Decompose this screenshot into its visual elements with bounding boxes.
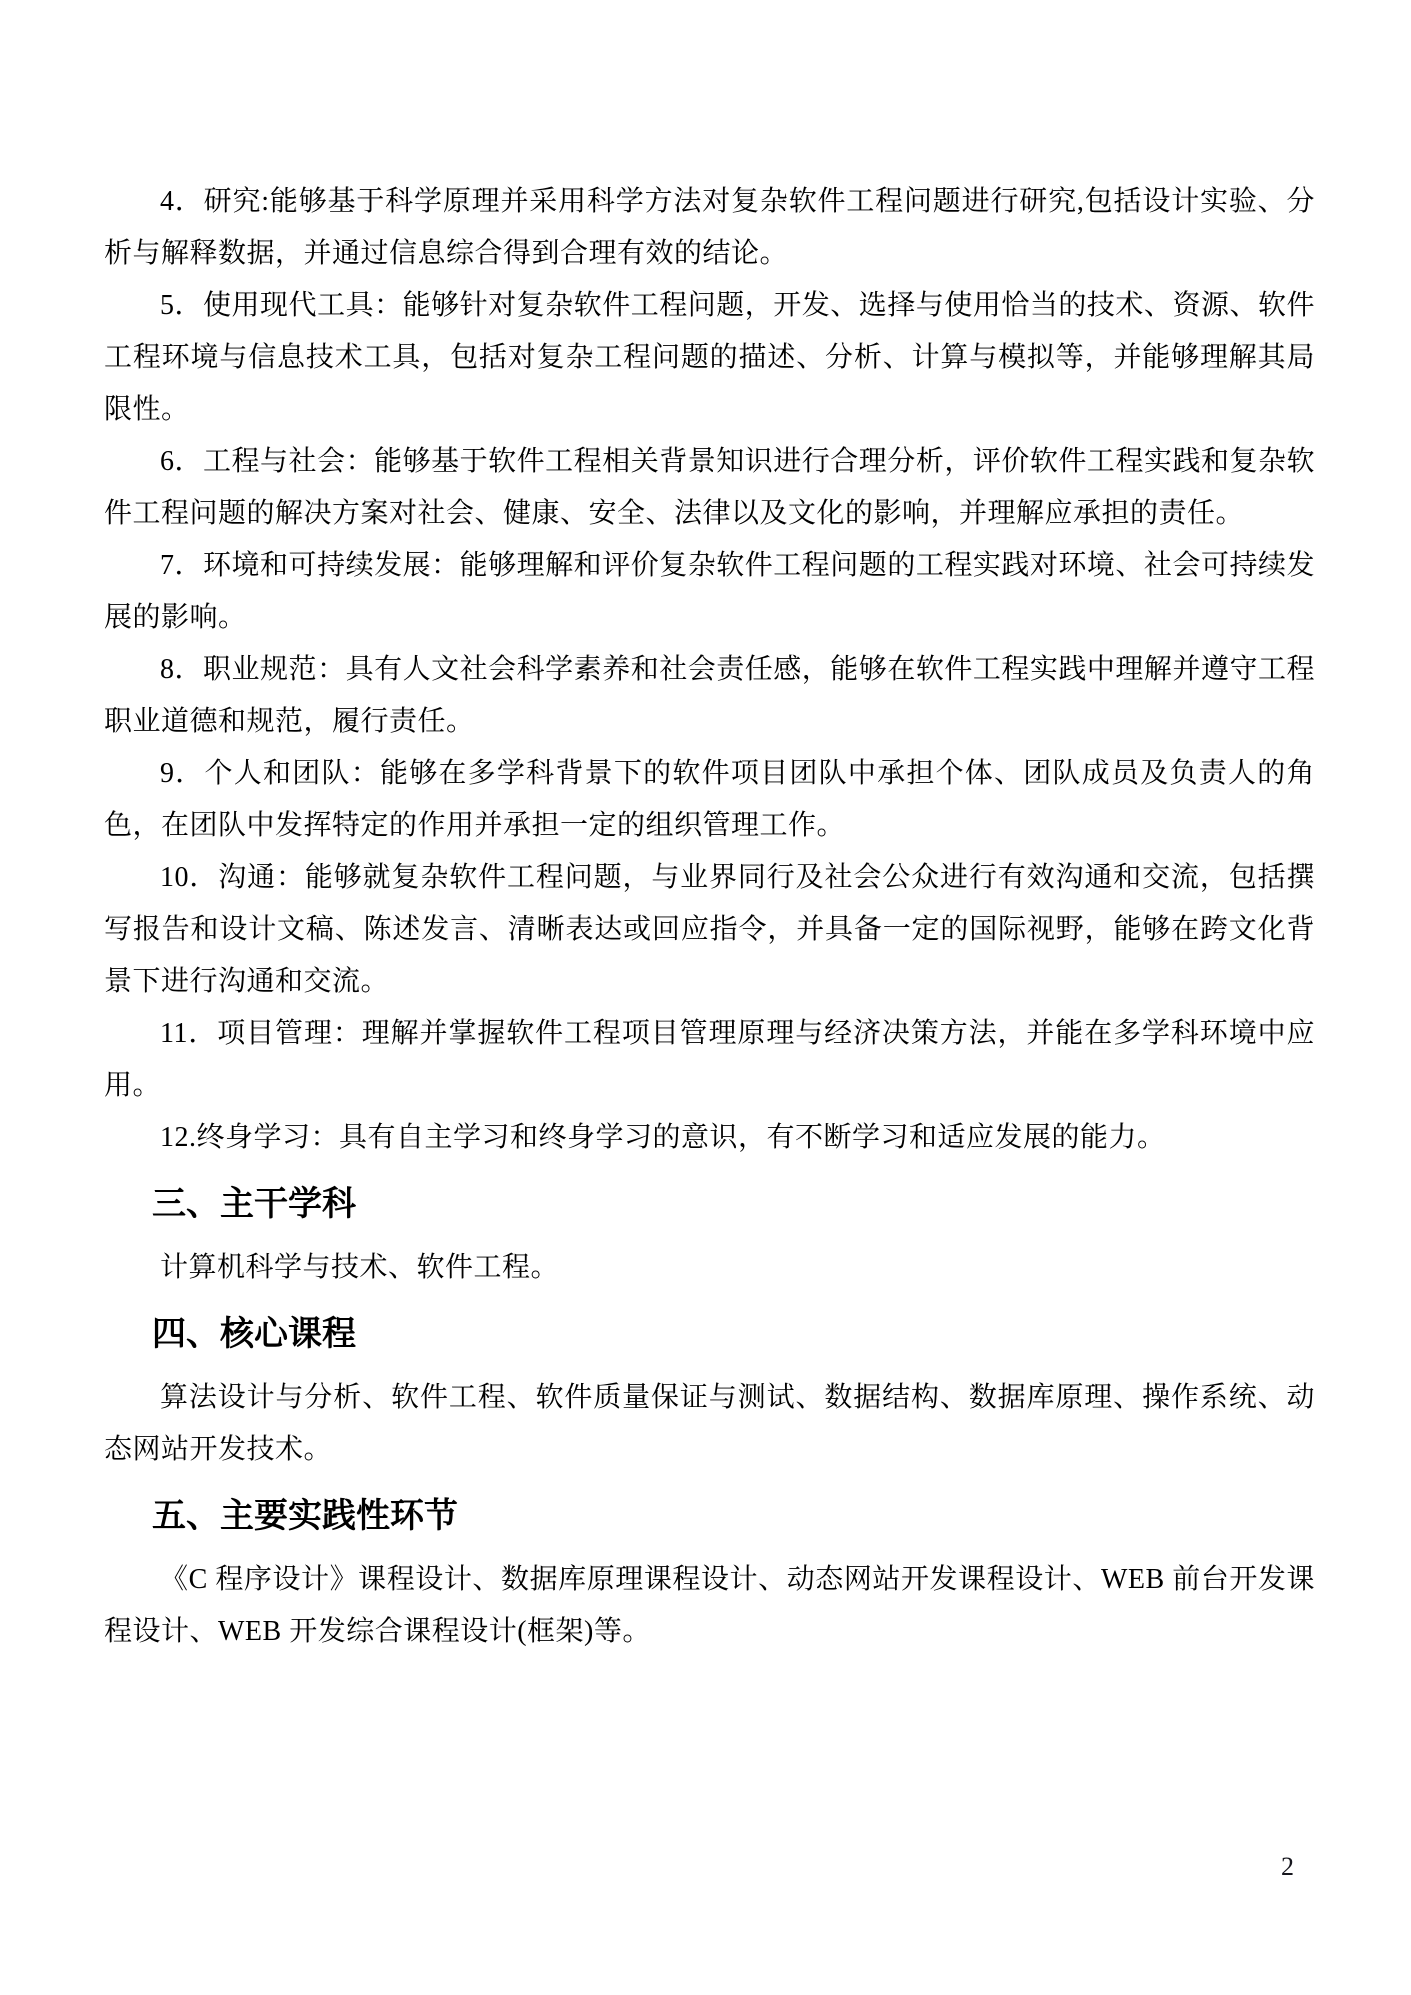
core-courses-paragraph: 算法设计与分析、软件工程、软件质量保证与测试、数据结构、数据库原理、操作系统、动…	[104, 1372, 1315, 1476]
document-page: 4．研究:能够基于科学原理并采用科学方法对复杂软件工程问题进行研究,包括设计实验…	[0, 0, 1411, 1995]
outcome-paragraph-8: 8．职业规范：具有人文社会科学素养和社会责任感，能够在软件工程实践中理解并遵守工…	[104, 644, 1315, 748]
page-number: 2	[1281, 1852, 1294, 1882]
outcome-paragraph-4: 4．研究:能够基于科学原理并采用科学方法对复杂软件工程问题进行研究,包括设计实验…	[104, 176, 1315, 280]
document-body: 4．研究:能够基于科学原理并采用科学方法对复杂软件工程问题进行研究,包括设计实验…	[104, 176, 1315, 1658]
outcome-paragraph-5: 5．使用现代工具：能够针对复杂软件工程问题，开发、选择与使用恰当的技术、资源、软…	[104, 280, 1315, 436]
outcome-paragraph-11: 11．项目管理：理解并掌握软件工程项目管理原理与经济决策方法，并能在多学科环境中…	[104, 1008, 1315, 1112]
practice-segments-paragraph: 《C 程序设计》课程设计、数据库原理课程设计、动态网站开发课程设计、WEB 前台…	[104, 1554, 1315, 1658]
section-heading-core-courses: 四、核心课程	[104, 1306, 1315, 1362]
section-heading-practice-segments: 五、主要实践性环节	[104, 1488, 1315, 1544]
main-disciplines-paragraph: 计算机科学与技术、软件工程。	[104, 1242, 1315, 1294]
outcome-paragraph-7: 7．环境和可持续发展：能够理解和评价复杂软件工程问题的工程实践对环境、社会可持续…	[104, 540, 1315, 644]
outcome-paragraph-10: 10．沟通：能够就复杂软件工程问题，与业界同行及社会公众进行有效沟通和交流，包括…	[104, 852, 1315, 1008]
outcome-paragraph-9: 9．个人和团队：能够在多学科背景下的软件项目团队中承担个体、团队成员及负责人的角…	[104, 748, 1315, 852]
outcome-paragraph-12: 12.终身学习：具有自主学习和终身学习的意识，有不断学习和适应发展的能力。	[104, 1112, 1315, 1164]
outcome-paragraph-6: 6．工程与社会：能够基于软件工程相关背景知识进行合理分析，评价软件工程实践和复杂…	[104, 436, 1315, 540]
section-heading-main-disciplines: 三、主干学科	[104, 1176, 1315, 1232]
